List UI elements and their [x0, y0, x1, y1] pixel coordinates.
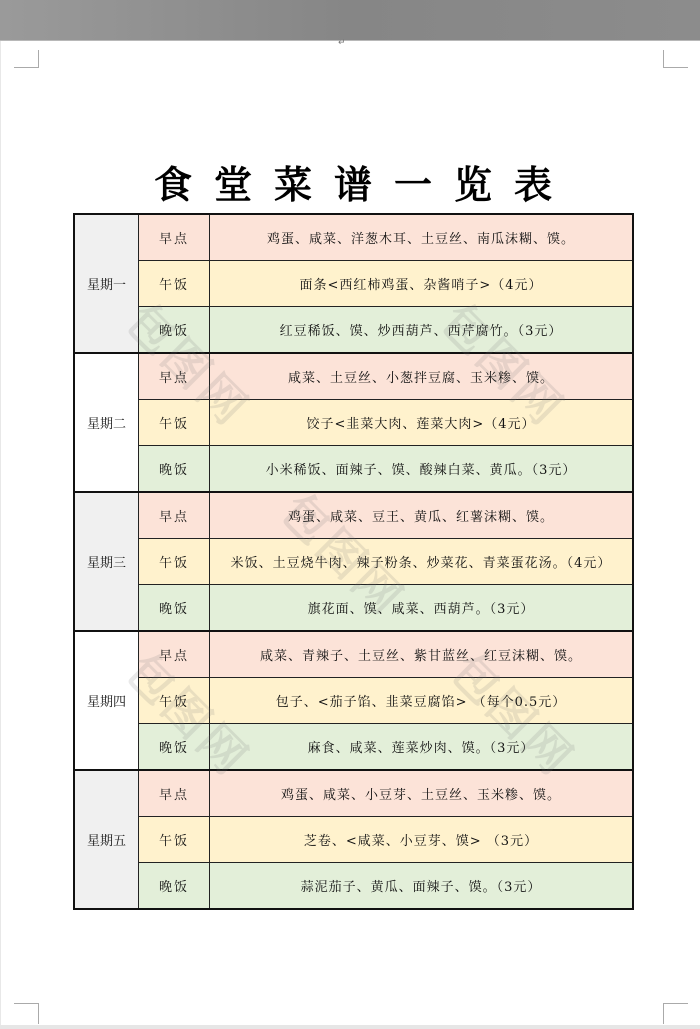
meal-label-lunch: 午饭: [139, 539, 210, 585]
meal-label-breakfast: 早点: [139, 770, 210, 817]
menu-items-breakfast: 咸菜、土豆丝、小葱拌豆腐、玉米糁、馍。: [210, 353, 634, 400]
margin-corner-top-right: [663, 50, 688, 68]
menu-items-dinner: 麻食、咸菜、莲菜炒肉、馍。（3元）: [210, 724, 634, 771]
meal-label-dinner: 晚饭: [139, 307, 210, 354]
menu-items-breakfast: 咸菜、青辣子、土豆丝、紫甘蓝丝、红豆沫糊、馍。: [210, 631, 634, 678]
meal-label-dinner: 晚饭: [139, 863, 210, 910]
table-row: 午饭米饭、土豆烧牛肉、辣子粉条、炒菜花、青菜蛋花汤。（4元）: [74, 539, 633, 585]
meal-label-breakfast: 早点: [139, 631, 210, 678]
paragraph-mark-icon: ↵: [338, 38, 346, 48]
table-row: 晚饭蒜泥茄子、黄瓜、面辣子、馍。（3元）: [74, 863, 633, 910]
menu-items-lunch: 包子、<茄子馅、韭菜豆腐馅> （每个0.5元）: [210, 678, 634, 724]
table-row: 晚饭旗花面、馍、咸菜、西葫芦。（3元）: [74, 585, 633, 632]
menu-items-dinner: 蒜泥茄子、黄瓜、面辣子、馍。（3元）: [210, 863, 634, 910]
table-row: 午饭面条<西红柿鸡蛋、杂酱哨子>（4元）: [74, 261, 633, 307]
table-row: 晚饭小米稀饭、面辣子、馍、酸辣白菜、黄瓜。（3元）: [74, 446, 633, 493]
page-title: 食堂菜谱一览表: [73, 160, 633, 210]
day-cell: 星期三: [74, 492, 139, 631]
menu-items-dinner: 红豆稀饭、馍、炒西葫芦、西芹腐竹。（3元）: [210, 307, 634, 354]
table-row: 星期三早点鸡蛋、咸菜、豆王、黄瓜、红薯沫糊、馍。: [74, 492, 633, 539]
margin-corner-bottom-right: [663, 1003, 688, 1024]
menu-items-breakfast: 鸡蛋、咸菜、豆王、黄瓜、红薯沫糊、馍。: [210, 492, 634, 539]
margin-corner-top-left: [14, 50, 39, 68]
menu-items-lunch: 饺子<韭菜大肉、莲菜大肉>（4元）: [210, 400, 634, 446]
meal-label-dinner: 晚饭: [139, 724, 210, 771]
window-top-bar: [0, 0, 700, 41]
menu-items-dinner: 小米稀饭、面辣子、馍、酸辣白菜、黄瓜。（3元）: [210, 446, 634, 493]
table-row: 星期四早点咸菜、青辣子、土豆丝、紫甘蓝丝、红豆沫糊、馍。: [74, 631, 633, 678]
meal-label-lunch: 午饭: [139, 400, 210, 446]
menu-items-breakfast: 鸡蛋、咸菜、洋葱木耳、土豆丝、南瓜沫糊、馍。: [210, 214, 634, 261]
meal-label-dinner: 晚饭: [139, 446, 210, 493]
menu-items-lunch: 面条<西红柿鸡蛋、杂酱哨子>（4元）: [210, 261, 634, 307]
meal-label-lunch: 午饭: [139, 817, 210, 863]
table-row: 晚饭麻食、咸菜、莲菜炒肉、馍。（3元）: [74, 724, 633, 771]
day-cell: 星期四: [74, 631, 139, 770]
meal-label-breakfast: 早点: [139, 492, 210, 539]
menu-items-lunch: 米饭、土豆烧牛肉、辣子粉条、炒菜花、青菜蛋花汤。（4元）: [210, 539, 634, 585]
day-cell: 星期五: [74, 770, 139, 909]
menu-items-dinner: 旗花面、馍、咸菜、西葫芦。（3元）: [210, 585, 634, 632]
table-row: 午饭包子、<茄子馅、韭菜豆腐馅> （每个0.5元）: [74, 678, 633, 724]
day-cell: 星期一: [74, 214, 139, 353]
table-row: 午饭芝卷、<咸菜、小豆芽、馍> （3元）: [74, 817, 633, 863]
day-cell: 星期二: [74, 353, 139, 492]
page-bottom-edge: [0, 1025, 700, 1029]
menu-items-breakfast: 鸡蛋、咸菜、小豆芽、土豆丝、玉米糁、馍。: [210, 770, 634, 817]
meal-label-breakfast: 早点: [139, 214, 210, 261]
table-row: 星期一早点鸡蛋、咸菜、洋葱木耳、土豆丝、南瓜沫糊、馍。: [74, 214, 633, 261]
meal-label-lunch: 午饭: [139, 261, 210, 307]
table-row: 午饭饺子<韭菜大肉、莲菜大肉>（4元）: [74, 400, 633, 446]
menu-items-lunch: 芝卷、<咸菜、小豆芽、馍> （3元）: [210, 817, 634, 863]
meal-label-dinner: 晚饭: [139, 585, 210, 632]
table-row: 晚饭红豆稀饭、馍、炒西葫芦、西芹腐竹。（3元）: [74, 307, 633, 354]
table-row: 星期二早点咸菜、土豆丝、小葱拌豆腐、玉米糁、馍。: [74, 353, 633, 400]
meal-label-breakfast: 早点: [139, 353, 210, 400]
margin-corner-bottom-left: [14, 1003, 39, 1024]
meal-label-lunch: 午饭: [139, 678, 210, 724]
menu-table: 星期一早点鸡蛋、咸菜、洋葱木耳、土豆丝、南瓜沫糊、馍。午饭面条<西红柿鸡蛋、杂酱…: [73, 213, 634, 910]
table-row: 星期五早点鸡蛋、咸菜、小豆芽、土豆丝、玉米糁、馍。: [74, 770, 633, 817]
